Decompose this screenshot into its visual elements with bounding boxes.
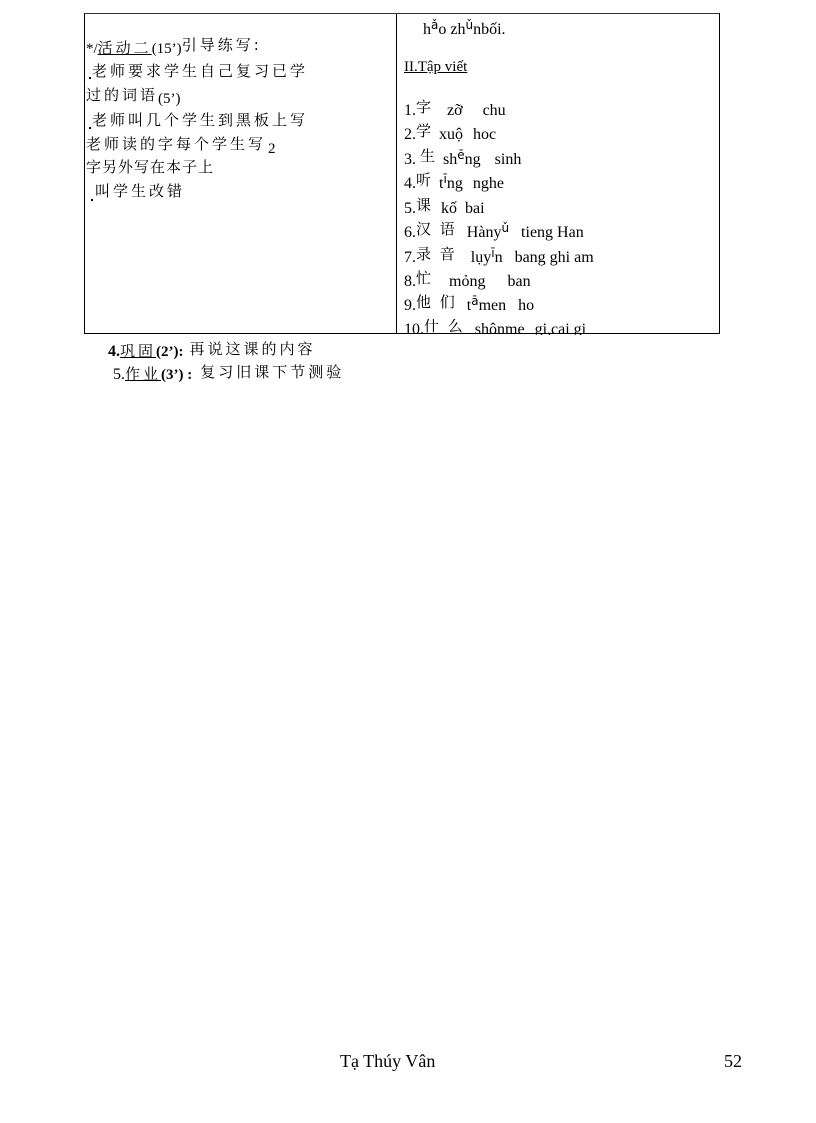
vocab-item: 6.汉 语Hànyǔtieng Han	[404, 222, 584, 243]
vocab-pinyin: mỏng	[449, 273, 485, 290]
item-num: 5.	[113, 366, 125, 383]
vocab-item: 10.什 么shônmegi,cai gi	[404, 319, 586, 335]
vocab-pinyin: n	[495, 249, 503, 266]
vocab-num: 1.	[404, 102, 416, 119]
vocab-item: 4.听tīngnghe	[404, 173, 504, 194]
left-line-4-num: 2	[268, 141, 276, 157]
vocab-num: 3.	[404, 151, 420, 168]
vocab-hanzi: 课	[416, 196, 433, 214]
bullet-dot	[91, 199, 93, 201]
item-title: 巩固	[120, 342, 156, 360]
activity-desc: 引导练写:	[182, 36, 262, 54]
vocab-num: 9.	[404, 297, 416, 314]
vocab-meaning: ban	[507, 273, 530, 290]
left-line-1: 老师要求学生自己复习已学	[92, 61, 308, 81]
consolidation-item: 4.巩固(2’):再说这课的内容	[108, 340, 316, 361]
pinyin-top-line: hǎo zhǔnbối.	[423, 20, 506, 40]
vocab-item: 9.他 们tāmenho	[404, 295, 534, 316]
homework-item: 5.作业(3’) :复习旧课下节测验	[113, 363, 344, 384]
vocab-pinyin: ng	[447, 175, 463, 192]
vocab-pinyin: Hàny	[467, 224, 502, 241]
vocab-meaning: gi,cai gi	[535, 321, 587, 335]
vocab-pinyin: kố	[441, 200, 457, 217]
left-line-4-text: 老师读的字每个学生写	[86, 135, 266, 153]
activity-title: 活动二	[98, 39, 152, 57]
document-page: */活动二(15’)引导练写: 老师要求学生自己复习已学 过的词语(5’) 老师…	[0, 0, 816, 1123]
vocab-pinyin: men	[479, 297, 507, 314]
vocab-pinyin: shônme	[475, 321, 525, 335]
bullet-dot	[89, 127, 91, 129]
vocab-hanzi: 生	[420, 147, 437, 165]
vocab-item: 1.字zỡchu	[404, 100, 506, 121]
left-cell: */活动二(15’)引导练写: 老师要求学生自己复习已学 过的词语(5’) 老师…	[85, 14, 397, 333]
vocab-num: 4.	[404, 175, 416, 192]
vocab-hanzi: 学	[416, 122, 433, 140]
vocab-item: 7.录 音lụyīnbang ghi am	[404, 247, 594, 268]
page-number: 52	[724, 1051, 742, 1072]
vocab-meaning: nghe	[473, 175, 504, 192]
item-text: 复习旧课下节测验	[200, 363, 344, 381]
lesson-table: */活动二(15’)引导练写: 老师要求学生自己复习已学 过的词语(5’) 老师…	[84, 13, 720, 334]
vocab-num: 2.	[404, 126, 416, 143]
vocab-meaning: bang ghi am	[515, 249, 594, 266]
vocab-pinyin: zỡ	[447, 102, 463, 119]
left-line-2-text: 过的词语	[86, 86, 158, 104]
vocab-pinyin: sh	[443, 151, 457, 168]
vocab-item: 5.课kốbai	[404, 198, 485, 219]
vocab-item: 2.学xuộhoc	[404, 124, 496, 145]
vocab-hanzi: 字	[416, 98, 433, 116]
section-title: II.Tập viết	[404, 57, 467, 77]
right-cell: hǎo zhǔnbối. II.Tập viết 1.字zỡchu 2.学xuộ…	[397, 14, 719, 333]
left-line-2-time: (5’)	[158, 91, 181, 107]
top-line-part3: nbối.	[473, 21, 505, 38]
bullet-dot	[89, 77, 91, 79]
vocab-pinyin: xuộ	[439, 126, 463, 143]
item-text: 再说这课的内容	[190, 340, 316, 358]
vocab-num: 5.	[404, 200, 416, 217]
vocab-num: 10.	[404, 321, 424, 335]
vocab-meaning: ho	[518, 297, 534, 314]
left-line-3: 老师叫几个学生到黑板上写	[92, 110, 308, 130]
tone-mark: ā	[471, 294, 478, 308]
vocab-meaning: chu	[483, 102, 506, 119]
vocab-hanzi: 听	[416, 171, 433, 189]
left-line-6: 叫学生改错	[95, 181, 185, 201]
tone-mark: ē	[457, 148, 464, 162]
vocab-num: 8.	[404, 273, 416, 290]
vocab-pinyin: ng	[465, 151, 481, 168]
vocab-item: 8.忙mỏngban	[404, 271, 531, 292]
vocab-hanzi: 汉 语	[416, 220, 457, 238]
footer-author: Tạ Thúy Vân	[340, 1051, 435, 1072]
item-num: 4.	[108, 343, 120, 360]
left-line-5: 字另外写在本子上	[86, 157, 214, 177]
vocab-item: 3. 生shēngsinh	[404, 149, 521, 170]
vocab-meaning: bai	[465, 200, 485, 217]
activity-time: (15’)	[152, 41, 182, 57]
tone-mark: ī	[491, 246, 494, 260]
tone-mark: ǔ	[501, 221, 509, 235]
item-time: (2’):	[156, 344, 183, 360]
vocab-num: 6.	[404, 224, 416, 241]
tone-mark: ǔ	[465, 18, 473, 32]
top-line-part2: o zh	[438, 21, 465, 38]
item-time: (3’) :	[161, 367, 192, 383]
vocab-hanzi: 他 们	[416, 293, 457, 311]
tone-mark: ǎ	[431, 18, 438, 32]
vocab-meaning: tieng Han	[521, 224, 584, 241]
tone-mark: ī	[443, 172, 446, 186]
activity-prefix: */	[86, 41, 98, 57]
vocab-hanzi: 录 音	[416, 245, 457, 263]
top-line-part1: h	[423, 21, 431, 38]
left-line-2: 过的词语(5’)	[86, 85, 181, 106]
activity-heading: */活动二(15’)引导练写:	[86, 38, 262, 59]
left-line-4: 老师读的字每个学生写2	[86, 134, 276, 155]
vocab-meaning: hoc	[473, 126, 496, 143]
vocab-hanzi: 什 么	[424, 319, 465, 335]
vocab-hanzi: 忙	[416, 269, 433, 287]
vocab-meaning: sinh	[495, 151, 522, 168]
vocab-pinyin: lụy	[471, 249, 491, 266]
vocab-num: 7.	[404, 249, 416, 266]
item-title: 作业	[125, 365, 161, 383]
